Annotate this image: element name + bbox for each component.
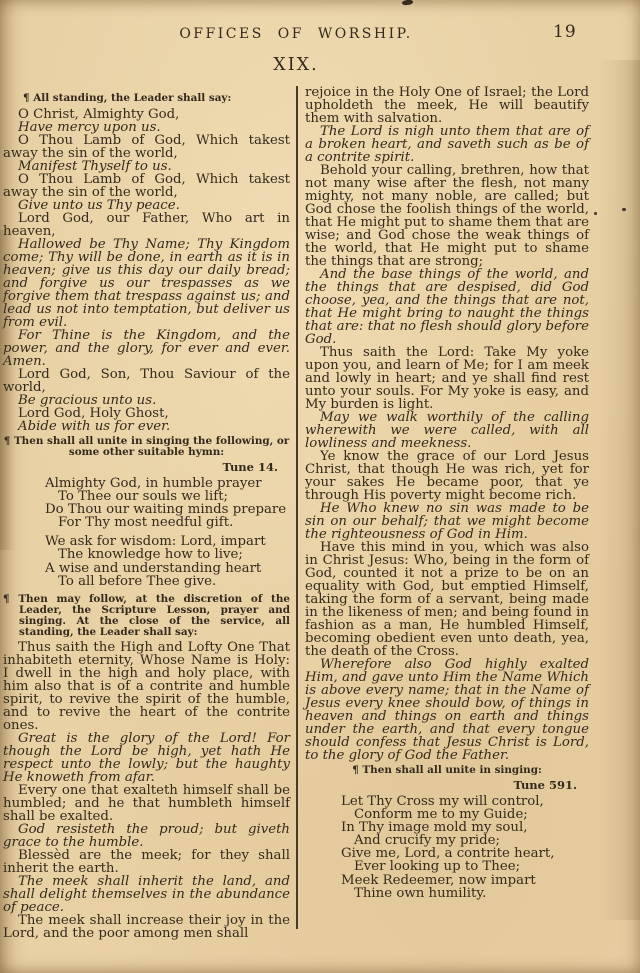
hymn-line: The knowledge how to live; bbox=[45, 548, 290, 561]
rubric: ¶ Then may follow, at the discretion of … bbox=[3, 594, 290, 638]
liturgy-paragraph: Hallowed be Thy Name; Thy Kingdom come; … bbox=[3, 238, 290, 329]
column-divider-rule bbox=[296, 86, 298, 929]
hymn-line: For Thy most needful gift. bbox=[45, 516, 290, 529]
liturgy-paragraph: Every one that exalteth himself shall be… bbox=[3, 784, 290, 823]
rubric: ¶ Then shall all unite in singing the fo… bbox=[3, 436, 290, 458]
hymn-verse: Almighty God, in humble prayerTo Thee ou… bbox=[3, 477, 290, 529]
liturgy-paragraph: And the base things of the world, and th… bbox=[305, 268, 589, 346]
liturgy-paragraph: Wherefore also God highly exalted Him, a… bbox=[305, 658, 589, 762]
liturgy-paragraph: Great is the glory of the Lord! For thou… bbox=[3, 732, 290, 784]
left-column: ¶ All standing, the Leader shall say:O C… bbox=[3, 86, 290, 940]
liturgy-paragraph: Ye know the grace of our Lord Jesus Chri… bbox=[305, 450, 589, 502]
liturgy-paragraph: The meek shall increase their joy in the… bbox=[3, 914, 290, 940]
tune-label: Tune 14. bbox=[3, 461, 290, 474]
rubric: ¶ All standing, the Leader shall say: bbox=[3, 93, 290, 104]
hymn-line: To all before Thee give. bbox=[45, 575, 290, 588]
hymn-verse: We ask for wisdom: Lord, impartThe knowl… bbox=[3, 535, 290, 587]
scan-speck bbox=[594, 212, 597, 215]
scan-speck bbox=[402, 0, 414, 6]
liturgy-paragraph: Behold your calling, brethren, how that … bbox=[305, 164, 589, 268]
liturgy-paragraph: Lord God, our Father, Who art in heaven, bbox=[3, 212, 290, 238]
scan-speck bbox=[622, 208, 626, 211]
section-number-heading: XIX. bbox=[0, 55, 592, 75]
liturgy-paragraph: Thus saith the High and Lofty One That i… bbox=[3, 641, 290, 732]
liturgy-paragraph: O Thou Lamb of God, Which takest away th… bbox=[3, 173, 290, 199]
liturgy-paragraph: He Who knew no sin was made to be sin on… bbox=[305, 502, 589, 541]
hymn-line: Meek Redeemer, now impart bbox=[341, 874, 589, 887]
text-columns: ¶ All standing, the Leader shall say:O C… bbox=[3, 86, 589, 946]
liturgy-paragraph: Abide with us for ever. bbox=[3, 420, 290, 433]
hymn-line: Ever looking up to Thee; bbox=[341, 860, 589, 873]
liturgy-paragraph: God resisteth the proud; but giveth grac… bbox=[3, 823, 290, 849]
liturgy-paragraph: The Lord is nigh unto them that are of a… bbox=[305, 125, 589, 164]
liturgy-paragraph: May we walk worthily of the calling wher… bbox=[305, 411, 589, 450]
tune-label: Tune 591. bbox=[305, 779, 589, 792]
hymn-line: Thine own humility. bbox=[341, 887, 589, 900]
liturgy-paragraph: Lord God, Son, Thou Saviour of the world… bbox=[3, 368, 290, 394]
rubric: ¶ Then shall all unite in singing: bbox=[305, 765, 589, 776]
liturgy-paragraph: O Thou Lamb of God, Which takest away th… bbox=[3, 134, 290, 160]
hymn-verse: Let Thy Cross my will control,Conform me… bbox=[305, 795, 589, 900]
page-number: 19 bbox=[553, 22, 577, 42]
running-title: OFFICES OF WORSHIP. bbox=[0, 26, 592, 42]
right-column: rejoice in the Holy One of Israel; the L… bbox=[305, 86, 589, 906]
page-edge-shadow bbox=[598, 60, 640, 920]
liturgy-paragraph: rejoice in the Holy One of Israel; the L… bbox=[305, 86, 589, 125]
liturgy-paragraph: Blessèd are the meek; for they shall inh… bbox=[3, 849, 290, 875]
liturgy-paragraph: For Thine is the Kingdom, and the power,… bbox=[3, 329, 290, 368]
scanned-book-page: OFFICES OF WORSHIP. 19 XIX. ¶ All standi… bbox=[0, 0, 640, 973]
liturgy-paragraph: The meek shall inherit the land, and sha… bbox=[3, 875, 290, 914]
liturgy-paragraph: Thus saith the Lord: Take My yoke upon y… bbox=[305, 346, 589, 411]
hymn-line: A wise and understanding heart bbox=[45, 562, 290, 575]
liturgy-paragraph: Have this mind in you, which was also in… bbox=[305, 541, 589, 658]
